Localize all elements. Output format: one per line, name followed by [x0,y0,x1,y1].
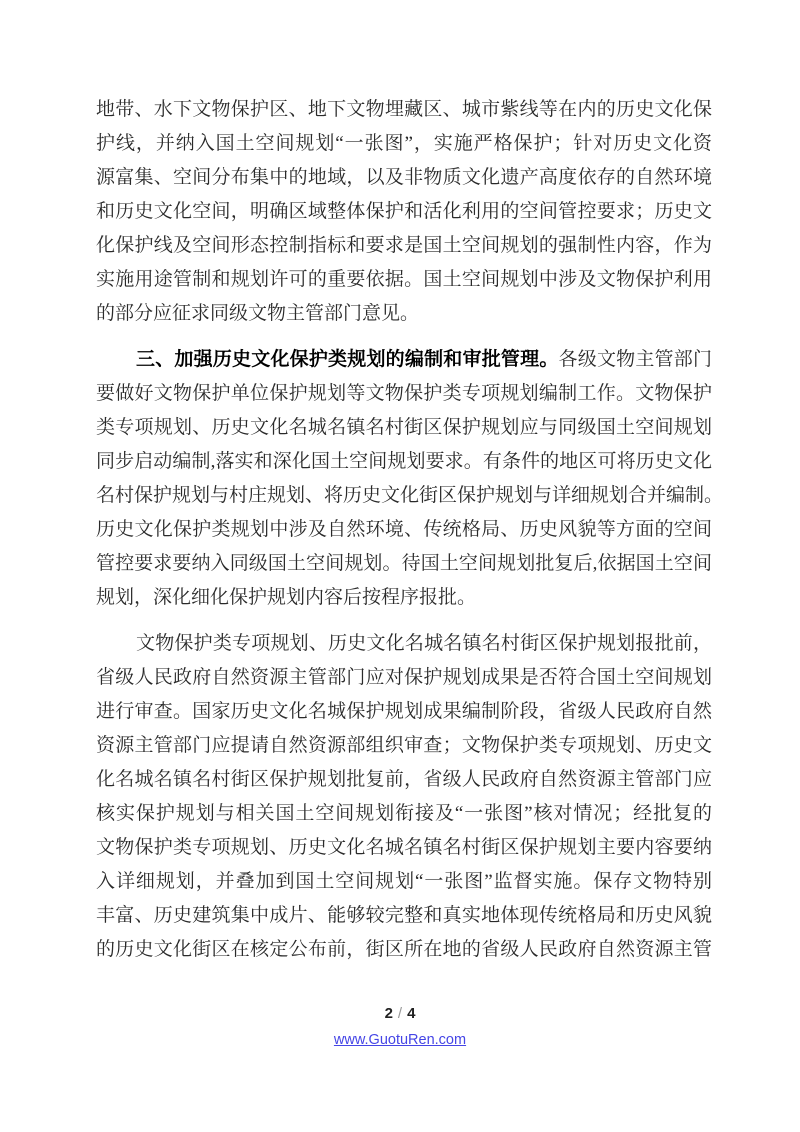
text-line: 历史文化保护类规划中涉及自然环境、传统格局、历史风貌等方面的空间 [96,513,712,547]
text-line: 省级人民政府自然资源主管部门应对保护规划成果是否符合国土空间规划 [96,661,712,695]
text-line: 化保护线及空间形态控制指标和要求是国土空间规划的强制性内容，作为 [96,229,712,263]
text-line: 化名城名镇名村街区保护规划批复前，省级人民政府自然资源主管部门应 [96,763,712,797]
text-line: 文物保护类专项规划、历史文化名城名镇名村街区保护规划报批前， [96,627,712,661]
document-page: 地带、水下文物保护区、地下文物埋藏区、城市紫线等在内的历史文化保 护线，并纳入国… [0,0,800,1132]
text-line: 和历史文化空间，明确区域整体保护和活化利用的空间管控要求；历史文 [96,195,712,229]
text-line: 地带、水下文物保护区、地下文物埋藏区、城市紫线等在内的历史文化保 [96,93,712,127]
text-line: 源富集、空间分布集中的地域，以及非物质文化遗产高度依存的自然环境 [96,161,712,195]
text-line: 要做好文物保护单位保护规划等文物保护类专项规划编制工作。文物保护 [96,377,712,411]
section-heading-line: 三、加强历史文化保护类规划的编制和审批管理。各级文物主管部门 [96,343,712,377]
current-page-number: 2 [385,1005,393,1022]
text-line: 类专项规划、历史文化名城名镇名村街区保护规划应与同级国土空间规划 [96,411,712,445]
text-line: 文物保护类专项规划、历史文化名城名镇名村街区保护规划主要内容要纳 [96,831,712,865]
text-line: 护线，并纳入国土空间规划“一张图”，实施严格保护；针对历史文化资 [96,127,712,161]
footer-link[interactable]: www.GuotuRen.com [0,1030,800,1050]
section-heading-bold: 三、加强历史文化保护类规划的编制和审批管理。 [136,349,559,370]
document-body: 地带、水下文物保护区、地下文物埋藏区、城市紫线等在内的历史文化保 护线，并纳入国… [96,93,712,967]
text-line: 的历史文化街区在核定公布前，街区所在地的省级人民政府自然资源主管 [96,933,712,967]
paragraph-3: 文物保护类专项规划、历史文化名城名镇名村街区保护规划报批前， 省级人民政府自然资… [96,627,712,967]
total-page-number: 4 [407,1005,415,1022]
text-line: 规划，深化细化保护规划内容后按程序报批。 [96,581,712,615]
text-line: 的部分应征求同级文物主管部门意见。 [96,297,712,331]
text-line: 入详细规划，并叠加到国土空间规划“一张图”监督实施。保存文物特别 [96,865,712,899]
page-number-separator: / [398,1005,402,1022]
text-line: 同步启动编制,落实和深化国土空间规划要求。有条件的地区可将历史文化 [96,445,712,479]
text-line: 名村保护规划与村庄规划、将历史文化街区保护规划与详细规划合并编制。 [96,479,712,513]
text-line: 资源主管部门应提请自然资源部组织审查；文物保护类专项规划、历史文 [96,729,712,763]
section-heading-rest: 各级文物主管部门 [559,349,712,370]
paragraph-2: 三、加强历史文化保护类规划的编制和审批管理。各级文物主管部门 要做好文物保护单位… [96,343,712,615]
page-number: 2/4 [0,1003,800,1025]
text-line: 实施用途管制和规划许可的重要依据。国土空间规划中涉及文物保护利用 [96,263,712,297]
text-line: 核实保护规划与相关国土空间规划衔接及“一张图”核对情况；经批复的 [96,797,712,831]
text-line: 丰富、历史建筑集中成片、能够较完整和真实地体现传统格局和历史风貌 [96,899,712,933]
text-line: 管控要求要纳入同级国土空间规划。待国土空间规划批复后,依据国土空间 [96,547,712,581]
paragraph-1: 地带、水下文物保护区、地下文物埋藏区、城市紫线等在内的历史文化保 护线，并纳入国… [96,93,712,331]
text-line: 进行审查。国家历史文化名城保护规划成果编制阶段，省级人民政府自然 [96,695,712,729]
